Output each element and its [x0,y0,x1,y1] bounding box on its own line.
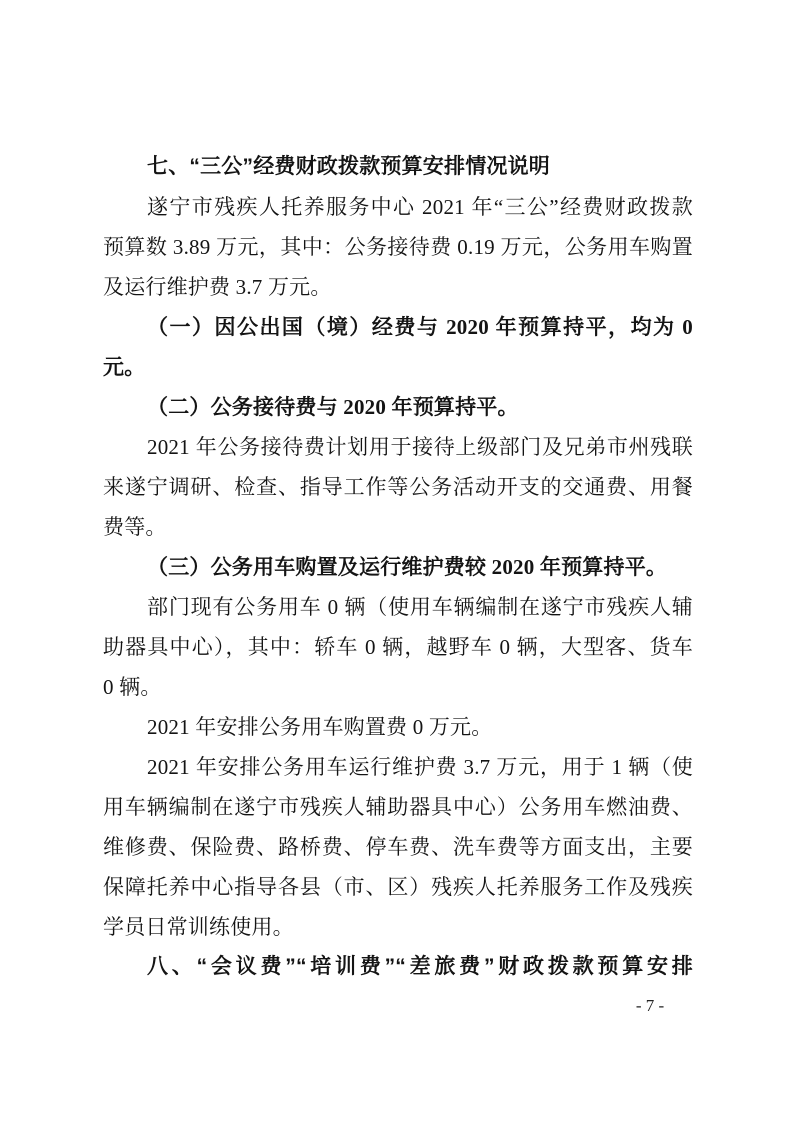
text-line: 助器具中心），其中：轿车 0 辆，越野车 0 辆，大型客、货车 [103,627,693,667]
page-number: - 7 - [600,996,700,1016]
document-page: 七、“三公”经费财政拨款预算安排情况说明遂宁市残疾人托养服务中心 2021 年“… [0,0,793,1122]
heading-line: 七、“三公”经费财政拨款预算安排情况说明 [103,147,693,187]
heading-line: 八、“会议费”“培训费”“差旅费”财政拨款预算安排 [103,947,693,987]
text-line: 用车辆编制在遂宁市残疾人辅助器具中心）公务用车燃油费、 [103,787,693,827]
heading-line: （三）公务用车购置及运行维护费较 2020 年预算持平。 [103,547,693,587]
text-line: 维修费、保险费、路桥费、停车费、洗车费等方面支出，主要 [103,827,693,867]
text-line: 预算数 3.89 万元，其中：公务接待费 0.19 万元，公务用车购置 [103,227,693,267]
text-line: 2021 年安排公务用车购置费 0 万元。 [103,707,693,747]
heading-line: （二）公务接待费与 2020 年预算持平。 [103,387,693,427]
text-line: 学员日常训练使用。 [103,907,693,947]
heading-line: 元。 [103,347,693,387]
text-line: 保障托养中心指导各县（市、区）残疾人托养服务工作及残疾 [103,867,693,907]
text-line: 2021 年公务接待费计划用于接待上级部门及兄弟市州残联 [103,427,693,467]
text-line: 0 辆。 [103,667,693,707]
text-line: 部门现有公务用车 0 辆（使用车辆编制在遂宁市残疾人辅 [103,587,693,627]
heading-line: （一）因公出国（境）经费与 2020 年预算持平，均为 0 [103,307,693,347]
text-line: 及运行维护费 3.7 万元。 [103,267,693,307]
text-line: 来遂宁调研、检查、指导工作等公务活动开支的交通费、用餐 [103,467,693,507]
text-line: 费等。 [103,507,693,547]
text-line: 2021 年安排公务用车运行维护费 3.7 万元，用于 1 辆（使 [103,747,693,787]
document-body: 七、“三公”经费财政拨款预算安排情况说明遂宁市残疾人托养服务中心 2021 年“… [103,147,693,987]
text-line: 遂宁市残疾人托养服务中心 2021 年“三公”经费财政拨款 [103,187,693,227]
